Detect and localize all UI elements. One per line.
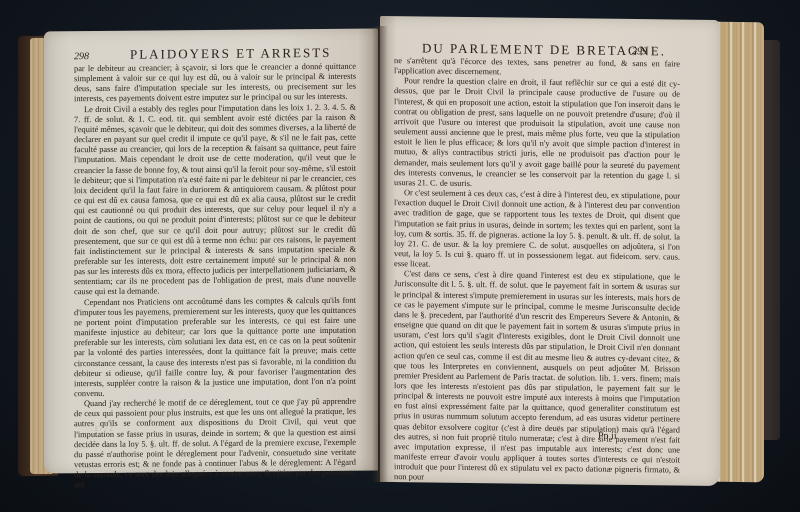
left-page: 298 PLAIDOYERS ET ARRESTS par le debiteu… [44, 29, 378, 474]
paragraph: Quand j'ay recherché le motif de ce dére… [74, 397, 356, 491]
running-head-left: PLAIDOYERS ET ARRESTS [130, 45, 331, 63]
book-photo: 298 PLAIDOYERS ET ARRESTS par le debiteu… [0, 0, 800, 512]
paragraph: Pour rendre la question claire en droit,… [394, 76, 680, 191]
left-page-body: par le debiteur au creancier; à sçavoir,… [74, 62, 356, 491]
right-page: DU PARLEMENT DE BRETAGNE. 299 ne s'arrêt… [380, 16, 720, 486]
paragraph: C'est dans ce sens, c'est à dire quand l… [394, 269, 680, 486]
paragraph: Or c'est seulement à ces deux cas, c'est… [394, 188, 680, 273]
page-number-right: 299 [632, 46, 647, 57]
book-cover-right [762, 40, 780, 440]
page-number-left: 298 [74, 51, 89, 62]
marginal-annotation: 1772 [94, 424, 114, 433]
paragraph: Le droit Civil a estably des regles pour… [74, 102, 356, 297]
book-gutter [372, 26, 388, 482]
signature-mark: Pp ii [598, 431, 617, 442]
paragraph: Cependant nos Praticiens ont accoûtumé d… [74, 295, 356, 399]
paragraph: par le debiteur au creancier; à sçavoir,… [74, 62, 356, 105]
right-page-body: ne s'arrêtent qu'à l'écorce des textes, … [394, 56, 680, 486]
